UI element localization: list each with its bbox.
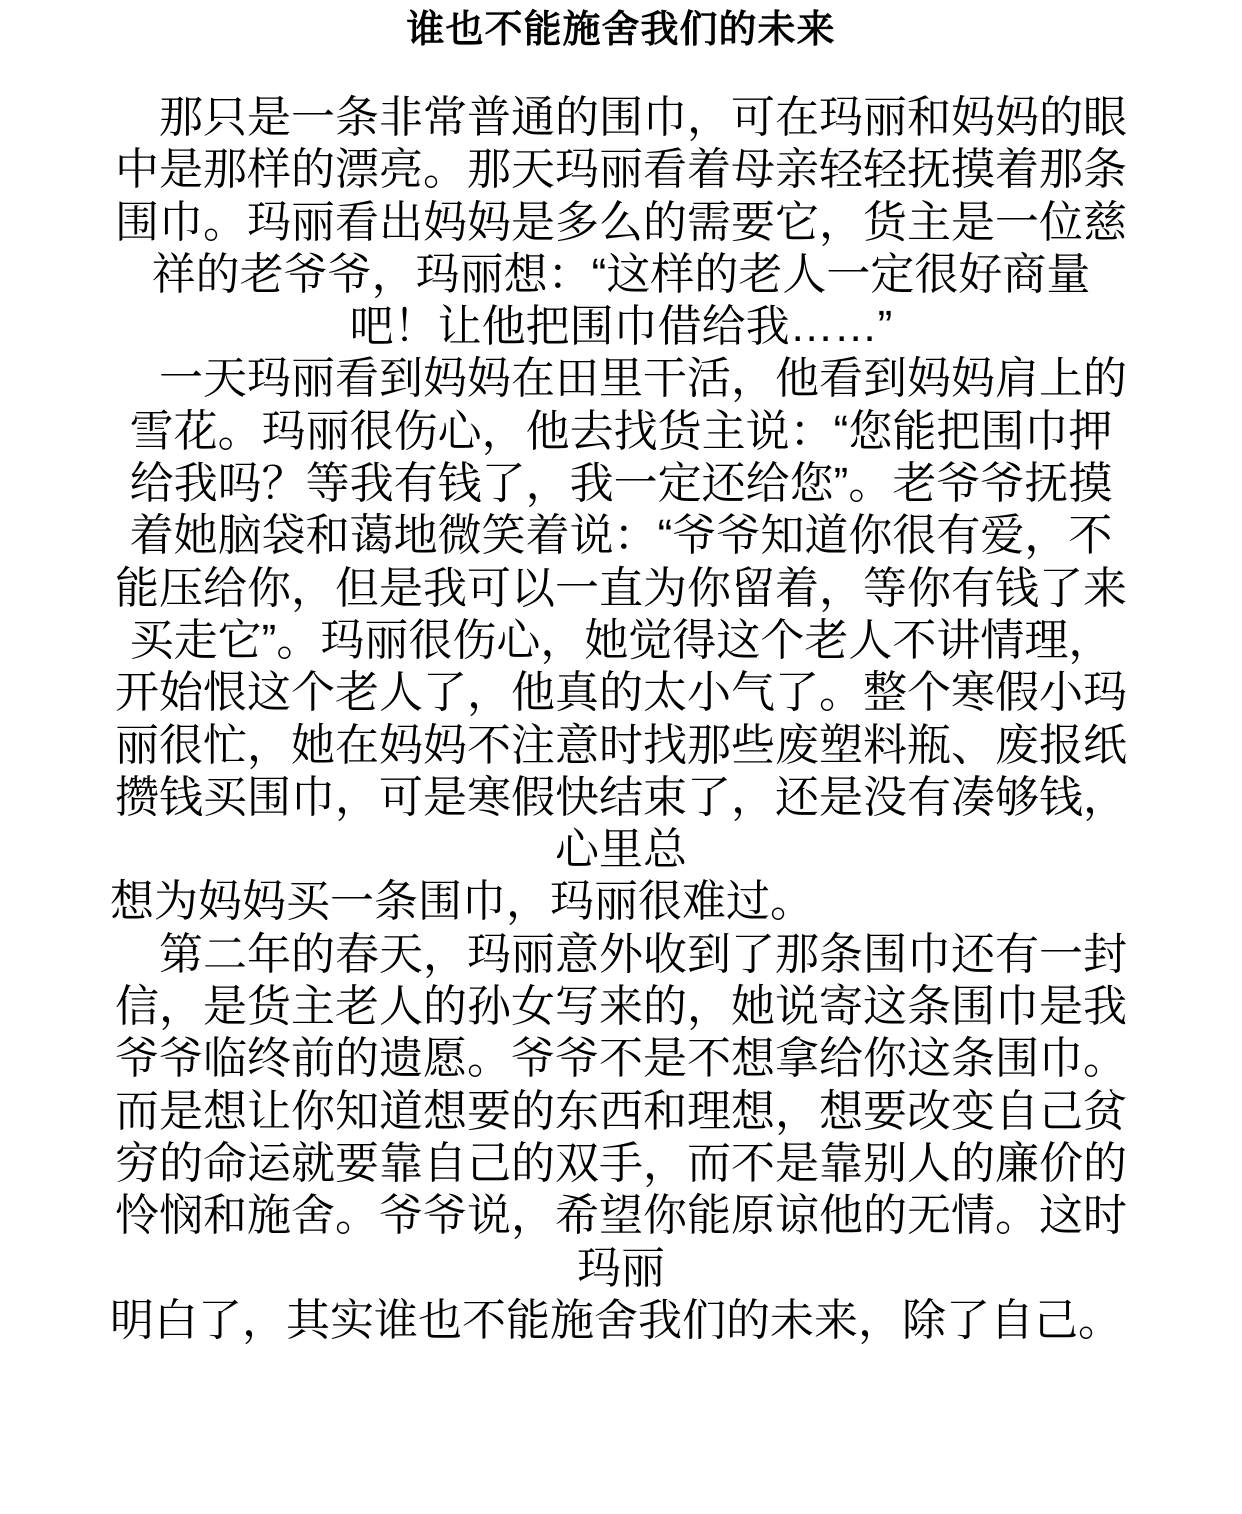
text-line: 雪花。玛丽很伤心，他去找货主说：“您能把围巾押 [110, 406, 1132, 458]
text-line: 围巾。玛丽看出妈妈是多么的需要它，货主是一位慈 [110, 197, 1132, 249]
text-line: 信，是货主老人的孙女写来的，她说寄这条围巾是我 [110, 981, 1132, 1033]
text-line: 着她脑袋和蔼地微笑着说：“爷爷知道你很有爱，不 [110, 510, 1132, 562]
text-line: 而是想让你知道想要的东西和理想，想要改变自己贫 [110, 1086, 1132, 1138]
text-line: 开始恨这个老人了，他真的太小气了。整个寒假小玛 [110, 667, 1132, 719]
text-line: 一天玛丽看到妈妈在田里干活，他看到妈妈肩上的 [110, 353, 1132, 405]
text-line: 攒钱买围巾，可是寒假快结束了，还是没有凑够钱， [110, 772, 1132, 824]
text-line: 明白了，其实谁也不能施舍我们的未来，除了自己。 [110, 1295, 1132, 1347]
paragraph-lines: 那只是一条非常普通的围巾，可在玛丽和妈妈的眼中是那样的漂亮。那天玛丽看着母亲轻轻… [0, 92, 1242, 1347]
text-line: 玛丽 [110, 1243, 1132, 1295]
text-line: 穷的命运就要靠自己的双手，而不是靠别人的廉价的 [110, 1138, 1132, 1190]
text-line: 那只是一条非常普通的围巾，可在玛丽和妈妈的眼 [110, 92, 1132, 144]
text-line: 怜悯和施舍。爷爷说，希望你能原谅他的无情。这时 [110, 1190, 1132, 1242]
text-line: 心里总 [110, 824, 1132, 876]
text-line: 买走它”。玛丽很伤心，她觉得这个老人不讲情理， [110, 615, 1132, 667]
text-line: 爷爷临终前的遗愿。爷爷不是不想拿给你这条围巾。 [110, 1033, 1132, 1085]
text-line: 给我吗？等我有钱了，我一定还给您”。老爷爷抚摸 [110, 458, 1132, 510]
text-line: 丽很忙，她在妈妈不注意时找那些废塑料瓶、废报纸 [110, 720, 1132, 772]
text-line: 祥的老爷爷，玛丽想：“这样的老人一定很好商量 [110, 249, 1132, 301]
text-line: 中是那样的漂亮。那天玛丽看着母亲轻轻抚摸着那条 [110, 144, 1132, 196]
document-page: 谁也不能施舍我们的未来 那只是一条非常普通的围巾，可在玛丽和妈妈的眼中是那样的漂… [0, 0, 1242, 1514]
page-title: 谁也不能施舍我们的未来 [0, 0, 1242, 52]
text-line: 第二年的春天，玛丽意外收到了那条围巾还有一封 [110, 929, 1132, 981]
text-line: 能压给你，但是我可以一直为你留着，等你有钱了来 [110, 563, 1132, 615]
text-line: 想为妈妈买一条围巾，玛丽很难过。 [110, 876, 1132, 928]
text-line: 吧！让他把围巾借给我……” [110, 301, 1132, 353]
